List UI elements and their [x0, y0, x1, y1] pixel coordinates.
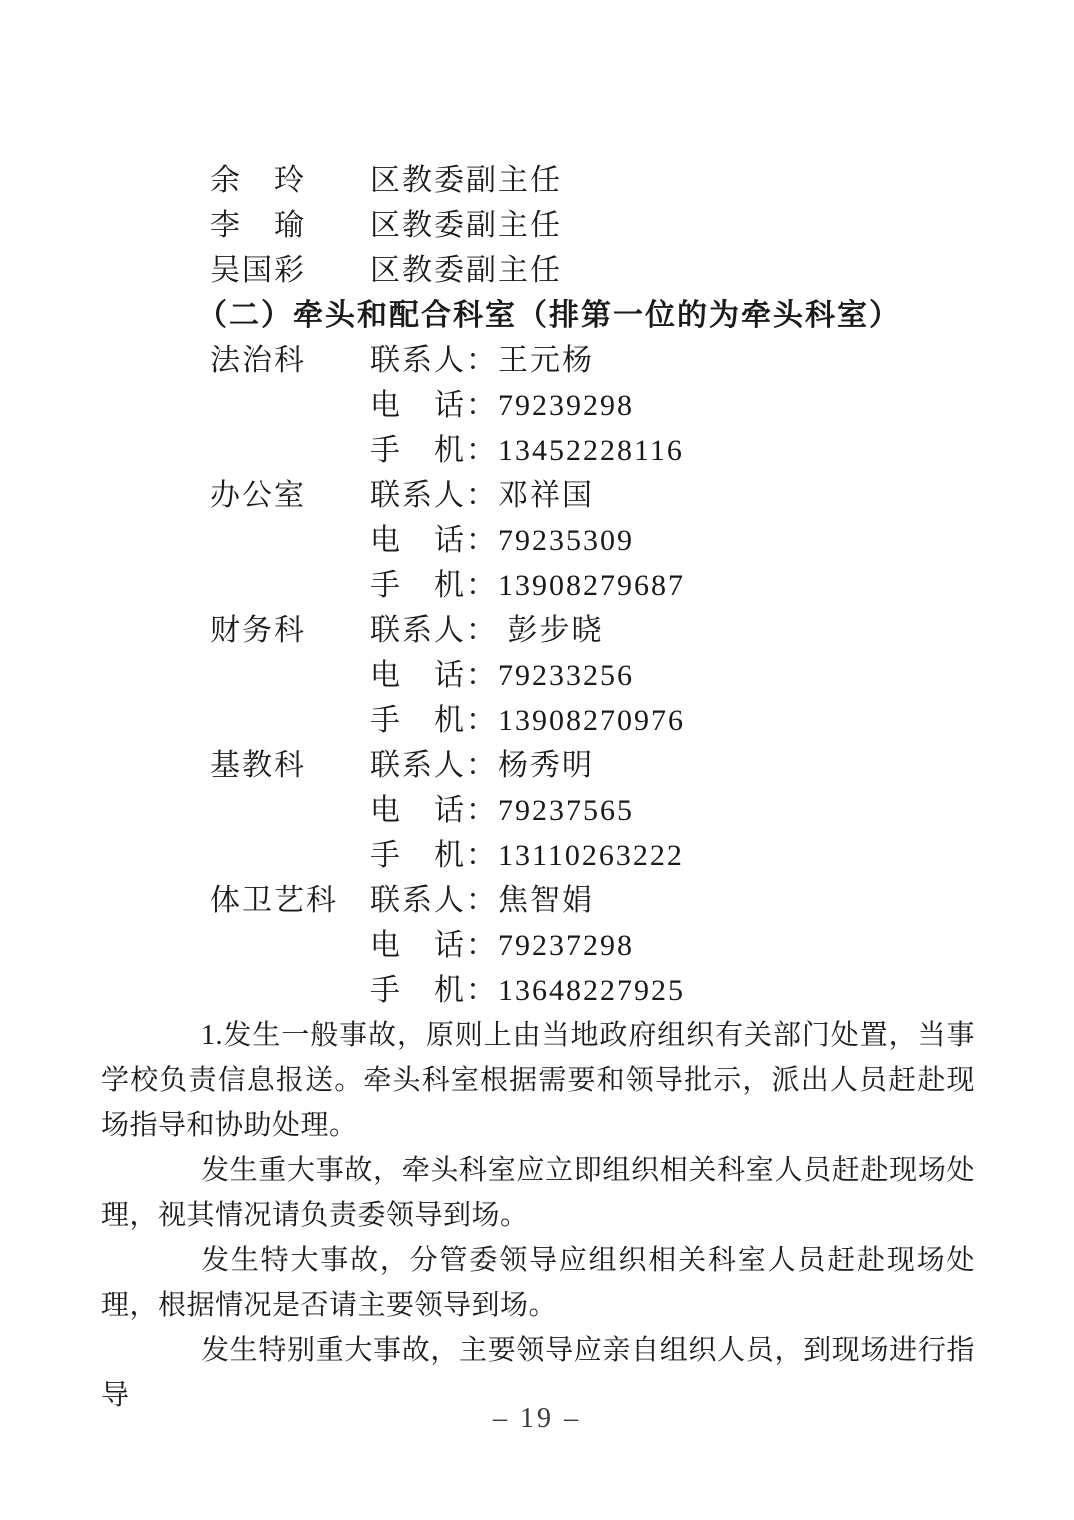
contact-person-value: 焦智娟 — [498, 884, 594, 917]
contact-person-value: 王元杨 — [498, 344, 594, 377]
contact-row: 体卫艺科联系人：焦智娟 — [101, 878, 975, 923]
phone-label: 电 话： — [370, 659, 498, 692]
mobile-value: 13110263222 — [498, 839, 684, 872]
mobile-value: 13452228116 — [498, 434, 684, 467]
mobile-value: 13648227925 — [498, 974, 685, 1007]
phone-value: 79235309 — [498, 524, 634, 557]
body-paragraph: 发生特大事故，分管委领导应组织相关科室人员赶赴现场处理，根据情况是否请主要领导到… — [101, 1238, 975, 1328]
contact-person-label: 联系人： — [370, 479, 498, 512]
contact-row: 办公室联系人：邓祥国 — [101, 473, 975, 518]
contact-person-label: 联系人： — [370, 614, 498, 647]
contact-row: 手 机：13648227925 — [101, 968, 975, 1013]
page-number: – 19 – — [0, 1396, 1074, 1441]
mobile-label: 手 机： — [370, 974, 498, 1007]
contact-row: 电 话：79235309 — [101, 518, 975, 563]
mobile-value: 13908279687 — [498, 569, 685, 602]
leader-name: 吴国彩 — [210, 248, 370, 293]
body-paragraph: 发生重大事故，牵头科室应立即组织相关科室人员赶赴现场处理，视其情况请负责委领导到… — [101, 1148, 975, 1238]
department-name: 财务科 — [210, 608, 370, 653]
contact-person-label: 联系人： — [370, 344, 498, 377]
department-name: 基教科 — [210, 743, 370, 788]
mobile-label: 手 机： — [370, 434, 498, 467]
contact-row: 财务科联系人： 彭步晓 — [101, 608, 975, 653]
leader-name: 李 瑜 — [210, 203, 370, 248]
contact-row: 手 机：13452228116 — [101, 428, 975, 473]
mobile-label: 手 机： — [370, 704, 498, 737]
phone-value: 79237565 — [498, 794, 634, 827]
contact-person-value: 邓祥国 — [498, 479, 594, 512]
phone-label: 电 话： — [370, 524, 498, 557]
contact-row: 电 话：79239298 — [101, 383, 975, 428]
leader-title: 区教委副主任 — [370, 254, 562, 287]
contact-row: 电 话：79233256 — [101, 653, 975, 698]
contact-person-value: 彭步晓 — [498, 614, 604, 647]
contact-row: 电 话：79237298 — [101, 923, 975, 968]
contact-person-label: 联系人： — [370, 884, 498, 917]
mobile-label: 手 机： — [370, 839, 498, 872]
leader-row: 余 玲区教委副主任 — [101, 158, 975, 203]
leader-row: 李 瑜区教委副主任 — [101, 203, 975, 248]
leader-title: 区教委副主任 — [370, 209, 562, 242]
contact-row: 基教科联系人：杨秀明 — [101, 743, 975, 788]
phone-value: 79233256 — [498, 659, 634, 692]
contact-row: 手 机：13908279687 — [101, 563, 975, 608]
leader-title: 区教委副主任 — [370, 164, 562, 197]
section-heading: （二）牵头和配合科室（排第一位的为牵头科室） — [101, 293, 975, 338]
mobile-value: 13908270976 — [498, 704, 685, 737]
department-name: 体卫艺科 — [210, 878, 370, 923]
department-name: 法治科 — [210, 338, 370, 383]
document-content: 余 玲区教委副主任 李 瑜区教委副主任 吴国彩区教委副主任 （二）牵头和配合科室… — [101, 158, 975, 1418]
contact-row: 法治科联系人：王元杨 — [101, 338, 975, 383]
document-page: 余 玲区教委副主任 李 瑜区教委副主任 吴国彩区教委副主任 （二）牵头和配合科室… — [0, 0, 1074, 1520]
mobile-label: 手 机： — [370, 569, 498, 602]
department-name: 办公室 — [210, 473, 370, 518]
phone-value: 79237298 — [498, 929, 634, 962]
leader-row: 吴国彩区教委副主任 — [101, 248, 975, 293]
contact-person-value: 杨秀明 — [498, 749, 594, 782]
leader-name: 余 玲 — [210, 158, 370, 203]
contact-row: 手 机：13908270976 — [101, 698, 975, 743]
phone-label: 电 话： — [370, 929, 498, 962]
contact-row: 电 话：79237565 — [101, 788, 975, 833]
contact-row: 手 机：13110263222 — [101, 833, 975, 878]
phone-label: 电 话： — [370, 794, 498, 827]
phone-label: 电 话： — [370, 389, 498, 422]
body-paragraph: 1.发生一般事故，原则上由当地政府组织有关部门处置，当事学校负责信息报送。牵头科… — [101, 1013, 975, 1148]
contact-person-label: 联系人： — [370, 749, 498, 782]
phone-value: 79239298 — [498, 389, 634, 422]
